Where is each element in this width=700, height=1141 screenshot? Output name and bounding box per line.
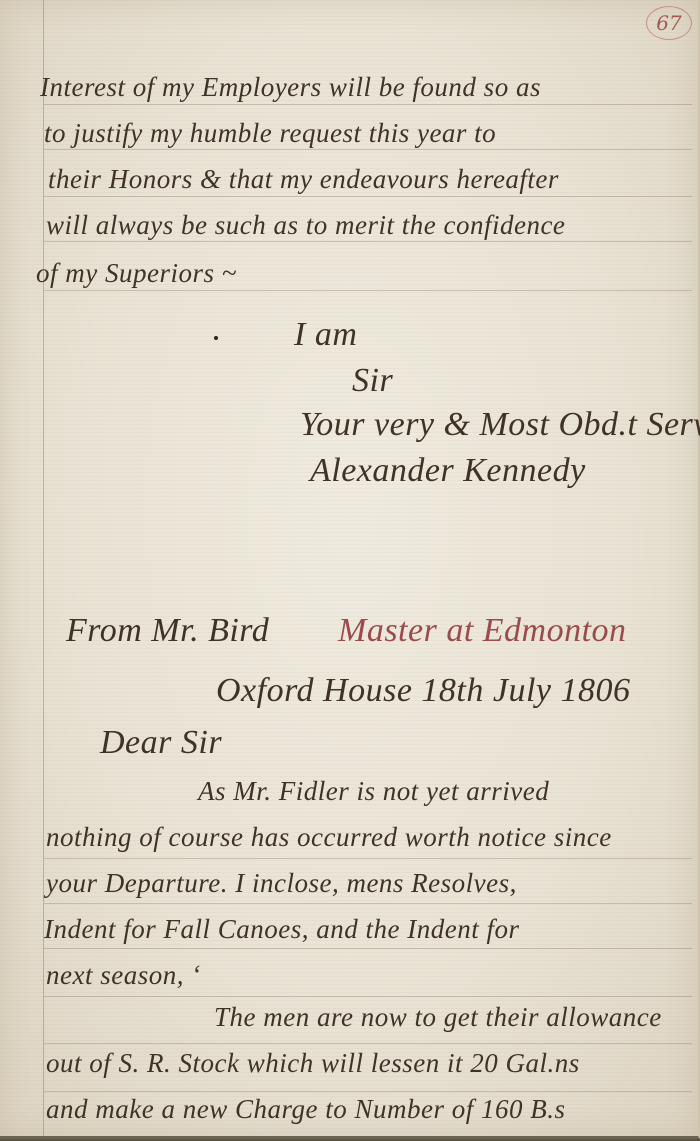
ruled-line [44, 858, 692, 859]
text-line: of my Superiors ~ [36, 258, 237, 289]
signature: Alexander Kennedy [310, 452, 586, 490]
manuscript-page: 67 Interest of my Employers will be foun… [0, 0, 700, 1139]
ruled-line [44, 996, 692, 997]
text-line: their Honors & that my endeavours hereaf… [48, 164, 559, 195]
ruled-line [44, 241, 692, 242]
folio-number: 67 [646, 6, 692, 40]
text-line: next season, ‘ [46, 960, 201, 991]
ruled-line [44, 290, 692, 291]
text-line: As Mr. Fidler is not yet arrived [198, 776, 549, 807]
valediction-servant: Your very & Most Obd.t Serv.t [300, 406, 700, 444]
letter-heading-from: From Mr. Bird [66, 612, 269, 650]
ruled-line [44, 104, 692, 105]
text-line: The men are now to get their allowance [214, 1002, 662, 1033]
valediction-sir: Sir [352, 362, 393, 400]
text-line: your Departure. I inclose, mens Resolves… [46, 868, 517, 899]
margin-rule [43, 0, 44, 1136]
valediction-i-am: I am [294, 316, 357, 354]
ruled-line [44, 948, 692, 949]
ruled-line [44, 1043, 692, 1044]
ruled-line [44, 1091, 692, 1092]
ruled-line [44, 196, 692, 197]
ink-dot [214, 336, 218, 340]
letter-heading-title: Master at Edmonton [338, 612, 627, 650]
text-line: out of S. R. Stock which will lessen it … [46, 1048, 580, 1079]
text-line: nothing of course has occurred worth not… [46, 822, 612, 853]
text-line: will always be such as to merit the conf… [46, 210, 565, 241]
salutation: Dear Sir [100, 724, 222, 762]
ruled-line [44, 149, 692, 150]
place-date: Oxford House 18th July 1806 [216, 672, 631, 710]
text-line: to justify my humble request this year t… [44, 118, 496, 149]
text-line: Interest of my Employers will be found s… [40, 72, 541, 103]
text-line: Indent for Fall Canoes, and the Indent f… [44, 914, 519, 945]
ruled-line [44, 903, 692, 904]
text-line: and make a new Charge to Number of 160 B… [46, 1094, 565, 1125]
